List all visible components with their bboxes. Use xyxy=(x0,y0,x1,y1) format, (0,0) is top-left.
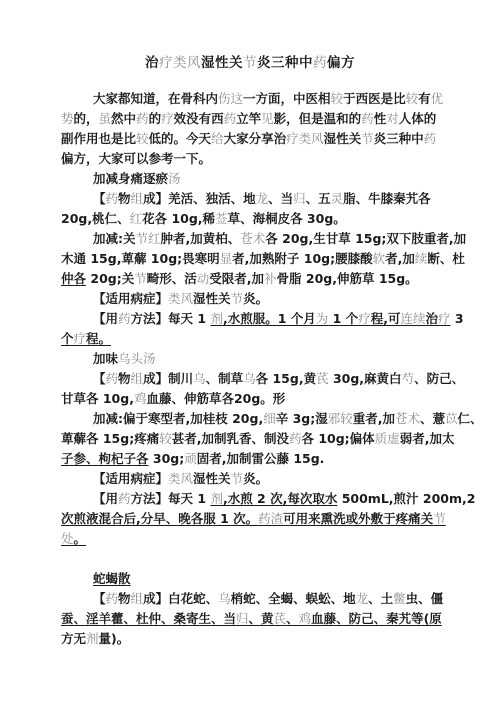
text-line: 次煎液混合后,分早、晚各服 1 次。药渣可用来熏洗或外敷于疼痛关节 xyxy=(61,509,442,529)
underlined-text: 次煎液混合后,分早、晚各服 1 次。药渣可用来熏洗或外敷于疼痛关节 xyxy=(61,511,446,526)
fallback-glyph-run: 芍 xyxy=(402,371,415,386)
fallback-glyph-run: 苍术 xyxy=(240,231,265,246)
fallback-glyph-run: 药 xyxy=(289,431,302,446)
fallback-glyph-run: 药 xyxy=(361,111,374,126)
fallback-glyph-run: 药 xyxy=(313,55,327,71)
fallback-glyph-run: 龙 xyxy=(256,191,269,206)
underlined-text: 蛇蝎散 xyxy=(93,571,131,586)
fallback-glyph-run: 汤 xyxy=(168,171,181,186)
fallback-glyph-run: 组 xyxy=(131,591,144,606)
fallback-glyph-run: 剂 xyxy=(210,491,223,506)
fallback-glyph-run: 较 xyxy=(331,91,344,106)
fallback-glyph-run: 灵 xyxy=(331,191,344,206)
fallback-glyph-run: 龙 xyxy=(356,591,369,606)
text-line: 大家都知道，在骨科内伤这一方面，中医相较于西医是比较有优 xyxy=(61,89,442,109)
fallback-glyph-run: 药 xyxy=(106,591,119,606)
fallback-glyph-run: 质虚 xyxy=(375,431,400,446)
fallback-glyph-run: 软 xyxy=(373,251,386,266)
fallback-glyph-run: 鳖 xyxy=(393,591,406,606)
fallback-glyph-run: 类风 xyxy=(168,471,193,486)
fallback-glyph-run: 疗类风 xyxy=(286,131,324,146)
document-body: 大家都知道，在骨科内伤这一方面，中医相较于西医是比较有优势的，虽然中药的疗效没有… xyxy=(0,89,500,649)
text-line: 蛇蝎散 xyxy=(61,569,442,589)
text-line: 20g,桃仁、红花各 10g,稀莶草、海桐皮各 30g。 xyxy=(61,209,442,229)
text-line: 【适用病症】类风湿性关节炎。 xyxy=(61,469,442,489)
fallback-glyph-run: 归 xyxy=(236,611,249,626)
fallback-glyph-run: 乌 xyxy=(218,591,231,606)
fallback-glyph-run: 红 xyxy=(130,211,143,226)
text-line: 木通 15g,萆薢 10g;畏寒明显者,加熟附子 10g;腰膝酸软者,加续断、杜 xyxy=(61,249,442,269)
fallback-glyph-run: 归 xyxy=(293,191,306,206)
fallback-glyph-run: 苡 xyxy=(445,411,458,426)
fallback-glyph-run: 细 xyxy=(263,411,276,426)
fallback-glyph-run: 药 xyxy=(118,311,131,326)
underlined-text: 剂,水煎服。1 个月为 1 个疗程,可连续治疗 xyxy=(210,311,450,326)
fallback-glyph-run: 对 xyxy=(386,111,399,126)
text-line: 【用药方法】每天 1 剂,水煎服。1 个月为 1 个疗程,可连续治疗 3 xyxy=(61,309,442,329)
text-line: 偏方，大家可以参考一下。 xyxy=(61,149,442,169)
fallback-glyph-run: 顽 xyxy=(184,451,197,466)
text-line: 势的，虽然中药的疗效没有西药立竿见影，但是温和的药性对人体的 xyxy=(61,109,442,129)
text-line: 【药物组成】羌活、独活、地龙、当归、五灵脂、牛膝秦艽各 xyxy=(61,189,442,209)
underlined-text: 个疗程。 xyxy=(61,331,111,346)
text-line: 蚕、淫羊藿、杜仲、桑寄生、当归、黄芪、鸡血藤、防己、秦艽等(原 xyxy=(61,609,442,629)
fallback-glyph-run: 苍术 xyxy=(395,411,420,426)
fallback-glyph-run: 疗 xyxy=(161,111,174,126)
text-line: 加减:偏于寒型者,加桂枝 20g,细辛 3g;湿邪较重者,加苍术、薏苡仁、 xyxy=(61,409,442,429)
fallback-glyph-run: 鸡 xyxy=(299,611,312,626)
text-line: 加减身痛逐瘀汤 xyxy=(61,169,442,189)
fallback-glyph-run: 节 xyxy=(243,55,257,71)
text-line: 仲各 20g;关节畸形、活动受限者,加补骨脂 20g,伸筋草 15g。 xyxy=(61,269,442,289)
fallback-glyph-run: 较 xyxy=(159,431,172,446)
fallback-glyph-run: 节 xyxy=(231,291,244,306)
document-title: 治疗类风湿性关节炎三种中药偏方 xyxy=(0,0,500,72)
text-line: 【药物组成】制川乌、制草乌各 15g,黄芪 30g,麻黄白芍、防己、 xyxy=(61,369,442,389)
fallback-glyph-run: 剂 xyxy=(86,631,99,646)
fallback-glyph-run: 乌 xyxy=(243,371,256,386)
fallback-glyph-run: 补 xyxy=(264,271,277,286)
fallback-glyph-run: 较 xyxy=(136,131,149,146)
fallback-glyph-run: 疗 xyxy=(438,311,451,326)
fallback-glyph-run: 给 xyxy=(211,131,224,146)
underlined-text: 子参、枸杞子各 xyxy=(61,451,149,466)
fallback-glyph-run: 连续 xyxy=(400,311,425,326)
text-line: 甘草各 10g,鸡血藤、伸筋草各20g。形 xyxy=(61,389,442,409)
fallback-glyph-run: 疗 xyxy=(74,331,87,346)
fallback-glyph-run: 疗 xyxy=(358,311,371,326)
fallback-glyph-run: 药 xyxy=(106,191,119,206)
fallback-glyph-run: 节 xyxy=(231,471,244,486)
fallback-glyph-run: 剂 xyxy=(210,311,223,326)
fallback-glyph-run: 势 xyxy=(61,111,74,126)
fallback-glyph-run: 药 xyxy=(118,491,131,506)
fallback-glyph-run: 显 xyxy=(220,251,233,266)
fallback-glyph-run: 处 xyxy=(61,531,74,546)
fallback-glyph-run: 较 xyxy=(406,91,419,106)
text-line: 个疗程。 xyxy=(61,329,442,349)
text-line: 【药物组成】白花蛇、乌梢蛇、全蝎、蜈蚣、地龙、土鳖虫、僵 xyxy=(61,589,442,609)
fallback-glyph-run: 伤这 xyxy=(218,91,243,106)
text-line: 子参、枸杞子各 30g;顽固者,加制雷公藤 15g. xyxy=(61,449,442,469)
blank-line xyxy=(61,549,442,569)
text-line: 副作用也是比较低的。今天给大家分享治疗类风湿性关节炎三种中药 xyxy=(61,129,442,149)
fallback-glyph-run: 药 xyxy=(424,131,437,146)
fallback-glyph-run: 药 xyxy=(106,371,119,386)
fallback-glyph-run: 芪 xyxy=(274,611,287,626)
fallback-glyph-run: 续 xyxy=(415,251,428,266)
fallback-glyph-run: 节 xyxy=(433,511,446,526)
fallback-glyph-run: 乌头汤 xyxy=(118,351,156,366)
underlined-text: 蚕、淫羊藿、杜仲、桑寄生、当归、黄芪、鸡血藤、防己、秦艽等(原 xyxy=(61,611,442,626)
fallback-glyph-run: 节 xyxy=(134,271,147,286)
text-line: 萆薢各 15g;疼痛较甚者,加制乳香、制没药各 10g;偏体质虚弱者,加太 xyxy=(61,429,442,449)
fallback-glyph-run: 组 xyxy=(131,371,144,386)
underlined-text: 仲各 xyxy=(61,271,86,286)
fallback-glyph-run: 芪 xyxy=(316,371,329,386)
fallback-glyph-run: 见 xyxy=(261,111,274,126)
text-line: 方无剂量)。 xyxy=(61,629,442,649)
text-line: 处。 xyxy=(61,529,442,549)
fallback-glyph-run: 邪较 xyxy=(328,411,353,426)
fallback-glyph-run: 疗类风 xyxy=(159,55,201,71)
fallback-glyph-run: 优 xyxy=(431,91,444,106)
fallback-glyph-run: 药 xyxy=(136,111,149,126)
text-line: 加味乌头汤 xyxy=(61,349,442,369)
fallback-glyph-run: 节红 xyxy=(136,231,161,246)
fallback-glyph-run: 为 xyxy=(316,311,329,326)
fallback-glyph-run: 药 xyxy=(224,111,237,126)
underlined-text: 剂,水煎 2 次,每次取水 xyxy=(210,491,337,506)
text-line: 加减:关节红肿者,加黄柏、苍术各 20g,生甘草 15g;双下肢重者,加 xyxy=(61,229,442,249)
document-page: 治疗类风湿性关节炎三种中药偏方 大家都知道，在骨科内伤这一方面，中医相较于西医是… xyxy=(0,0,500,707)
text-line: 【适用病症】类风湿性关节炎。 xyxy=(61,289,442,309)
fallback-glyph-run: 乌 xyxy=(193,371,206,386)
fallback-glyph-run: 鸡 xyxy=(134,391,147,406)
fallback-glyph-run: 类风 xyxy=(168,291,193,306)
text-line: 【用药方法】每天 1 剂,水煎 2 次,每次取水 500mL,煎汁 200m,2 xyxy=(61,489,442,509)
fallback-glyph-run: 莶 xyxy=(215,211,228,226)
fallback-glyph-run: 动 xyxy=(197,271,210,286)
fallback-glyph-run: 组 xyxy=(131,191,144,206)
fallback-glyph-run: 虽 xyxy=(99,111,112,126)
fallback-glyph-run: 药渣 xyxy=(258,511,283,526)
underlined-text: 处。 xyxy=(61,531,86,546)
fallback-glyph-run: 节 xyxy=(361,131,374,146)
